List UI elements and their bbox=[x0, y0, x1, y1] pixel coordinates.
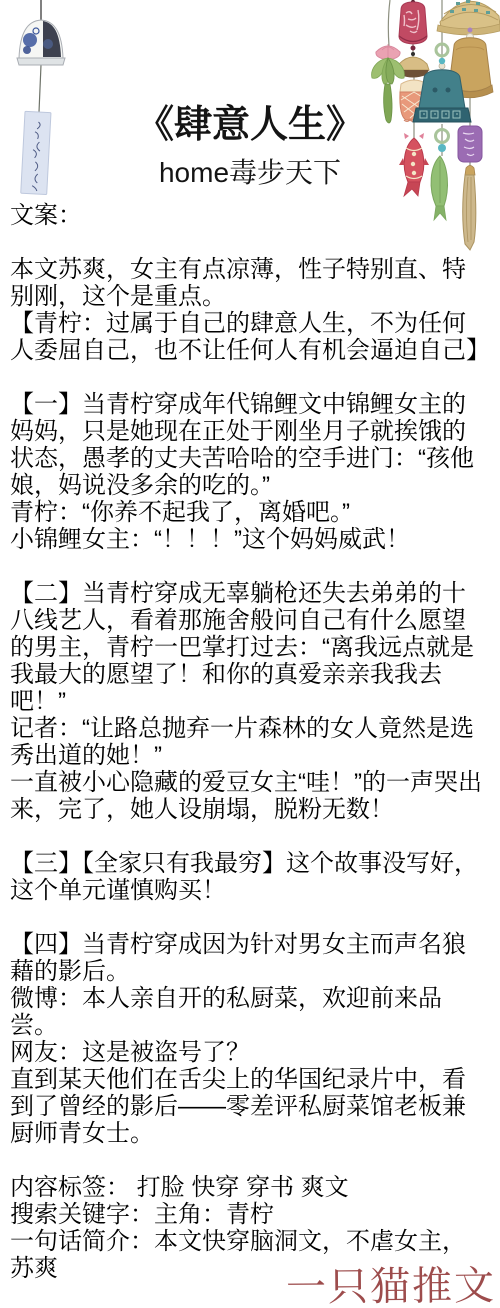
synopsis-paragraph: 【四】当青柠穿成因为针对男女主而声名狼藉的影后。 微博：本人亲自开的私厨菜，欢迎… bbox=[10, 931, 484, 1147]
page-title: 《肆意人生》 bbox=[0, 104, 500, 148]
synopsis-paragraph: 【三】【全家只有我最穷】这个故事没写好，这个单元谨慎购买！ bbox=[10, 850, 484, 904]
small-straw-hat-icon bbox=[397, 57, 429, 78]
bell-calligraphy bbox=[404, 10, 419, 33]
watermark-signature: 一只猫推文 bbox=[286, 1254, 496, 1308]
crimson-bell-icon bbox=[399, 0, 427, 56]
novel-recommendation-card: 《肆意人生》 home毒步天下 文案：本文苏爽，女主有点凉薄，性子特别直、特别刚… bbox=[0, 0, 500, 1308]
synopsis-paragraph: 【二】当青柠穿成无辜躺枪还失去弟弟的十八线艺人，看着那施舍般问自己有什么愿望的男… bbox=[10, 580, 484, 823]
synopsis-paragraph: 文案： bbox=[10, 202, 484, 229]
synopsis-paragraph: 本文苏爽，女主有点凉薄，性子特别直、特别刚，这个是重点。 【青柠：过属于自己的肆… bbox=[10, 256, 484, 364]
synopsis-paragraph: 【一】当青柠穿成年代锦鲤文中锦鲤女主的妈妈，只是她现在正处于刚坐月子就挨饿的状态… bbox=[10, 391, 484, 553]
synopsis-text: 文案：本文苏爽，女主有点凉薄，性子特别直、特别刚，这个是重点。 【青柠：过属于自… bbox=[10, 202, 484, 1308]
header: 《肆意人生》 home毒步天下 bbox=[0, 104, 500, 191]
straw-hat-icon bbox=[437, 0, 500, 35]
author-name: home毒步天下 bbox=[0, 151, 500, 191]
gold-bell-icon bbox=[447, 28, 493, 98]
windchime-string bbox=[39, 0, 41, 112]
porcelain-bell-icon bbox=[17, 20, 65, 65]
